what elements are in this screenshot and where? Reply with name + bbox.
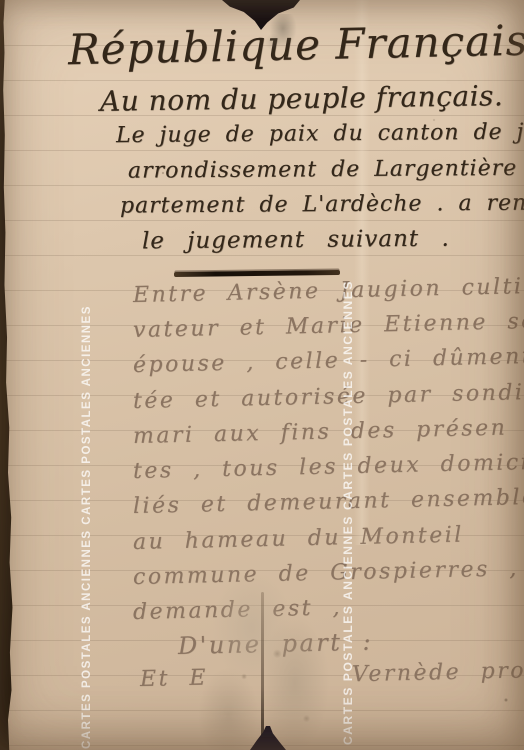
body-line: Entre Arsène Jaugion culti xyxy=(133,274,524,308)
document-page: République Française, Au nom du peuple f… xyxy=(0,0,524,750)
document-title: République Française, xyxy=(68,15,524,74)
body-line: mari aux fins des présen xyxy=(133,416,508,449)
body-line: commune de Grospierres , xyxy=(133,556,519,590)
watermark-left: CARTES POSTALES ANCIENNES CARTES POSTALE… xyxy=(81,305,93,749)
body-line: demande est , xyxy=(133,595,342,625)
closing-left-text: Et E xyxy=(140,665,209,692)
dedication-line: Au nom du peuple français. xyxy=(100,79,504,118)
header-line: Le juge de paix du canton de joyeuse, xyxy=(116,119,524,148)
body-line: D'une part : xyxy=(178,628,374,660)
body-line: liés et demeurant ensemble xyxy=(133,485,524,519)
body-line: tée et autorisée par sondit xyxy=(133,380,524,414)
header-line: partement de L'ardèche . a rendu xyxy=(120,190,524,218)
header-line: le jugement suivant . xyxy=(142,226,450,255)
fold-crease-bottom xyxy=(261,592,264,750)
body-line: vateur et Marie Etienne son xyxy=(133,308,524,343)
header-line: arrondissement de Largentière . dé xyxy=(128,155,524,183)
hand-drawn-divider-rule xyxy=(174,270,340,277)
closing-line: Et E Vernède pro xyxy=(140,658,520,692)
closing-right-text: Vernède pro xyxy=(352,658,524,687)
body-line: épouse , celle - ci dûment assis xyxy=(133,342,524,378)
body-line: au hameau du Monteil xyxy=(133,522,464,554)
body-line: tes , tous les deux domici xyxy=(133,450,524,484)
torn-page-edge-left xyxy=(0,0,16,750)
ink-blot-bottom xyxy=(248,726,288,750)
